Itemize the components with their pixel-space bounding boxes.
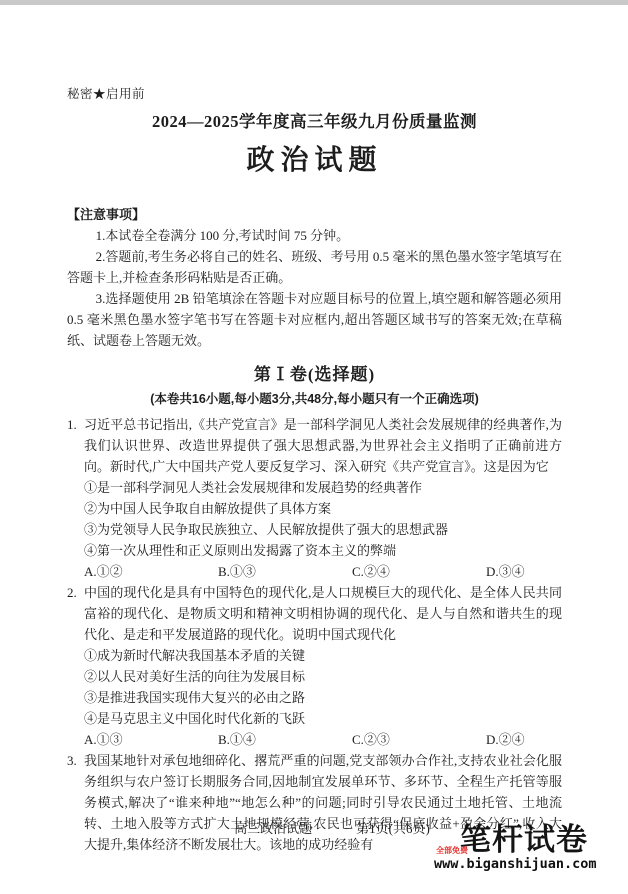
question-2-option-d: D.②④ [486,729,525,750]
question-2-options: A.①③ B.①④ C.②③ D.②④ [84,729,562,750]
question-2-subitem-4: ④是马克思主义中国化时代化新的飞跃 [84,708,562,729]
publisher-tagline: 全部免费 [436,845,468,856]
publisher-url: www.biganshijuan.com [434,856,597,872]
footer-page-label: 第1页(共6页) [356,821,430,836]
question-1-number: 1. [67,414,77,435]
question-1-option-b: B.①③ [218,561,352,582]
question-2-number: 2. [67,582,77,603]
question-2-subitem-3: ③是推进我国实现伟大复兴的必由之路 [84,687,562,708]
section-subtitle: (本卷共16小题,每小题3分,共48分,每小题只有一个正确选项) [67,389,562,407]
footer-doc-label: 高三政治试题 [234,821,312,836]
question-1: 1. 习近平总书记指出,《共产党宣言》是一部科学洞见人类社会发展规律的经典著作,… [67,414,562,582]
question-1-option-c: C.②④ [352,561,486,582]
exam-paper-page: 秘密★启用前 2024—2025学年度高三年级九月份质量监测 政治试题 【注意事… [0,0,628,894]
question-2-subitem-2: ②以人民对美好生活的向往为发展目标 [84,666,562,687]
question-1-subitem-2: ②为中国人民争取自由解放提供了具体方案 [84,498,562,519]
publisher-brand-logo: 笔杆试卷 [460,814,588,859]
subject-title: 政治试题 [67,138,562,178]
notice-item-3: 3.选择题使用 2B 铅笔填涂在答题卡对应题目标号的位置上,填空题和解答题必须用… [67,288,562,351]
notice-item-1: 1.本试卷全卷满分 100 分,考试时间 75 分钟。 [67,225,562,246]
question-1-subitem-1: ①是一部科学洞见人类社会发展规律和发展趋势的经典著作 [84,477,562,498]
question-1-subitem-4: ④第一次从理性和正义原则出发揭露了资本主义的弊端 [84,540,562,561]
question-1-options: A.①② B.①③ C.②④ D.③④ [84,561,562,582]
question-2-subitem-1: ①成为新时代解决我国基本矛盾的关键 [84,645,562,666]
question-1-subitem-3: ③为党领导人民争取民族独立、人民解放提供了强大的思想武器 [84,519,562,540]
section-title: 第Ⅰ卷(选择题) [67,360,562,385]
question-2-option-a: A.①③ [84,729,218,750]
question-3-number: 3. [67,750,77,771]
question-2-option-b: B.①④ [218,729,352,750]
question-1-option-d: D.③④ [486,561,525,582]
questions-block: 1. 习近平总书记指出,《共产党宣言》是一部科学洞见人类社会发展规律的经典著作,… [67,414,562,855]
question-2: 2. 中国的现代化是具有中国特色的现代化,是人口规模巨大的现代化、是全体人民共同… [67,582,562,750]
exam-title: 2024—2025学年度高三年级九月份质量监测 [67,108,562,132]
question-1-option-a: A.①② [84,561,218,582]
classification-label: 秘密★启用前 [67,84,562,102]
notice-section: 【注意事项】 1.本试卷全卷满分 100 分,考试时间 75 分钟。 2.答题前… [67,204,562,351]
question-2-stem: 中国的现代化是具有中国特色的现代化,是人口规模巨大的现代化、是全体人民共同富裕的… [84,582,562,645]
publisher-watermark: 笔杆试卷 全部免费 www.biganshijuan.com [432,812,628,886]
question-1-stem: 习近平总书记指出,《共产党宣言》是一部科学洞见人类社会发展规律的经典著作,为我们… [84,414,562,477]
notice-heading: 【注意事项】 [67,204,562,225]
question-2-option-c: C.②③ [352,729,486,750]
notice-item-2: 2.答题前,考生务必将自己的姓名、班级、考号用 0.5 毫米的黑色墨水签字笔填写… [67,246,562,288]
